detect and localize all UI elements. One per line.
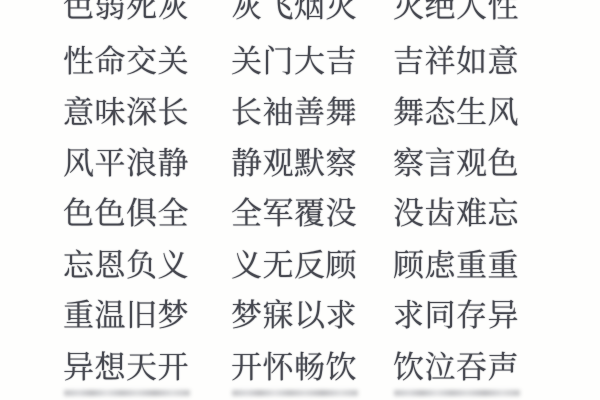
idiom-text: 风平浪静: [63, 148, 195, 181]
clipped-next-row-fragment: [232, 390, 358, 396]
idiom-row: 异想天开开怀畅饮饮泣吞声: [0, 352, 600, 386]
idiom-text: 关门大吉: [231, 46, 363, 79]
idiom-text: 察言观色: [393, 148, 525, 181]
idiom-text: 灭绝人性: [393, 0, 525, 24]
idiom-text: 吉祥如意: [393, 46, 525, 79]
idiom-text: 色色俱全: [63, 198, 195, 231]
idiom-text: 异想天开: [63, 352, 195, 385]
idiom-text: 义无反顾: [231, 250, 363, 283]
idiom-text: 饮泣吞声: [393, 352, 525, 385]
idiom-row: 性命交关关门大吉吉祥如意: [0, 46, 600, 80]
idiom-text: 意味深长: [63, 97, 195, 130]
idiom-row: 意味深长长袖善舞舞态生风: [0, 97, 600, 131]
idiom-row: 色弱死灰灰飞烟灭灭绝人性: [0, 0, 600, 25]
idiom-text: 忘恩负义: [63, 250, 195, 283]
idiom-text: 性命交关: [63, 46, 195, 79]
idiom-chain-page: 色弱死灰灰飞烟灭灭绝人性性命交关关门大吉吉祥如意意味深长长袖善舞舞态生风风平浪静…: [0, 0, 600, 400]
idiom-row: 重温旧梦梦寐以求求同存异: [0, 300, 600, 334]
clipped-next-row-fragment: [394, 390, 520, 396]
idiom-text: 顾虑重重: [393, 250, 525, 283]
idiom-text: 没齿难忘: [393, 198, 525, 231]
idiom-text: 求同存异: [393, 300, 525, 333]
idiom-row: 色色俱全全军覆没没齿难忘: [0, 198, 600, 232]
idiom-text: 梦寐以求: [231, 300, 363, 333]
idiom-text: 重温旧梦: [63, 300, 195, 333]
idiom-text: 全军覆没: [231, 198, 363, 231]
clipped-next-row-fragment: [64, 390, 190, 396]
idiom-row: 风平浪静静观默察察言观色: [0, 148, 600, 182]
idiom-text: 长袖善舞: [231, 97, 363, 130]
idiom-row: 忘恩负义义无反顾顾虑重重: [0, 250, 600, 284]
idiom-text: 静观默察: [231, 148, 363, 181]
idiom-text: 灰飞烟灭: [231, 0, 363, 24]
idiom-text: 色弱死灰: [63, 0, 195, 24]
idiom-text: 开怀畅饮: [231, 352, 363, 385]
idiom-text: 舞态生风: [393, 97, 525, 130]
